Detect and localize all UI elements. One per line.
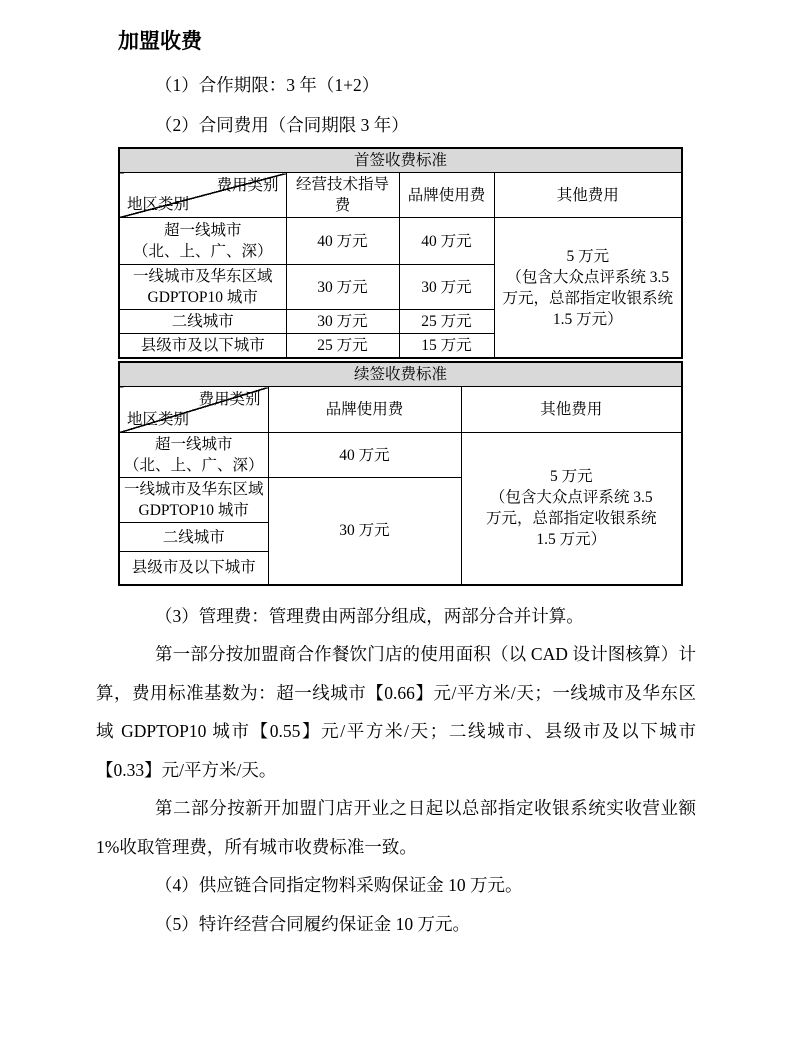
region-cell: 超一线城市 （北、上、广、深） [119,433,268,478]
brand-fee-cell: 30 万元 [399,265,494,310]
paragraph-part-two-revenue-fee: 第二部分按新开加盟门店开业之日起以总部指定收银系统实收营业额 1%收取管理费，所… [96,789,696,866]
page-title: 加盟收费 [118,28,696,55]
brand-fee-cell: 25 万元 [399,310,494,334]
column-header-other-fee: 其他费用 [461,387,682,433]
region-cell: 一线城市及华东区域 GDPTOP10 城市 [119,478,268,523]
region-cell: 二线城市 [119,310,286,334]
region-cell: 超一线城市 （北、上、广、深） [119,218,286,265]
corner-label-region-category: 地区类别 [127,194,189,215]
other-fee-cell: 5 万元 （包含大众点评系统 3.5 万元，总部指定收银系统 1.5 万元） [461,433,682,585]
other-fee-cell: 5 万元 （包含大众点评系统 3.5 万元，总部指定收银系统 1.5 万元） [494,218,682,359]
item-supply-chain-deposit: （4）供应链合同指定物料采购保证金 10 万元。 [96,866,696,905]
brand-fee-cell: 15 万元 [399,334,494,359]
table-row: 超一线城市 （北、上、广、深） 40 万元 40 万元 5 万元 （包含大众点评… [119,218,682,265]
corner-header-cell: 费用类别 地区类别 [119,173,286,218]
document-page: 加盟收费 （1）合作期限：3 年（1+2） （2）合同费用（合同期限 3 年） … [0,0,794,1044]
table-row: 超一线城市 （北、上、广、深） 40 万元 5 万元 （包含大众点评系统 3.5… [119,433,682,478]
intro-items: （1）合作期限：3 年（1+2） （2）合同费用（合同期限 3 年） [96,65,696,145]
paragraph-management-fee: （3）管理费：管理费由两部分组成，两部分合并计算。 [96,597,696,636]
guidance-fee-cell: 25 万元 [286,334,399,359]
first-table-section-header: 首签收费标准 [119,148,682,173]
corner-label-region-category: 地区类别 [127,409,189,430]
brand-fee-cell: 40 万元 [399,218,494,265]
region-cell: 二线城市 [119,523,268,552]
region-cell: 县级市及以下城市 [119,334,286,359]
region-cell: 一线城市及华东区域 GDPTOP10 城市 [119,265,286,310]
brand-fee-cell: 40 万元 [268,433,461,478]
item-contract-fee: （2）合同费用（合同期限 3 年） [96,105,696,145]
region-cell: 县级市及以下城市 [119,552,268,585]
corner-header-cell: 费用类别 地区类别 [119,387,268,433]
body-paragraphs: （3）管理费：管理费由两部分组成，两部分合并计算。 第一部分按加盟商合作餐饮门店… [96,597,696,944]
column-header-other-fee: 其他费用 [494,173,682,218]
guidance-fee-cell: 40 万元 [286,218,399,265]
corner-label-fee-category: 费用类别 [216,175,278,196]
guidance-fee-cell: 30 万元 [286,265,399,310]
item-cooperation-term: （1）合作期限：3 年（1+2） [96,65,696,105]
column-header-guidance-fee: 经营技术指导费 [286,173,399,218]
column-header-brand-fee: 品牌使用费 [268,387,461,433]
guidance-fee-cell: 30 万元 [286,310,399,334]
corner-label-fee-category: 费用类别 [198,389,260,410]
column-header-brand-fee: 品牌使用费 [399,173,494,218]
first-sign-fee-table: 首签收费标准 费用类别 地区类别 经营技术指导费 品牌使用费 其他费用 超一线城… [118,147,683,359]
renewal-fee-table: 续签收费标准 费用类别 地区类别 品牌使用费 其他费用 超一线城市 （北、上、广… [118,361,683,586]
paragraph-part-one-area-fee: 第一部分按加盟商合作餐饮门店的使用面积（以 CAD 设计图核算）计算，费用标准基… [96,635,696,789]
item-franchise-deposit: （5）特许经营合同履约保证金 10 万元。 [96,905,696,944]
brand-fee-cell: 30 万元 [268,478,461,585]
renewal-table-section-header: 续签收费标准 [119,362,682,387]
